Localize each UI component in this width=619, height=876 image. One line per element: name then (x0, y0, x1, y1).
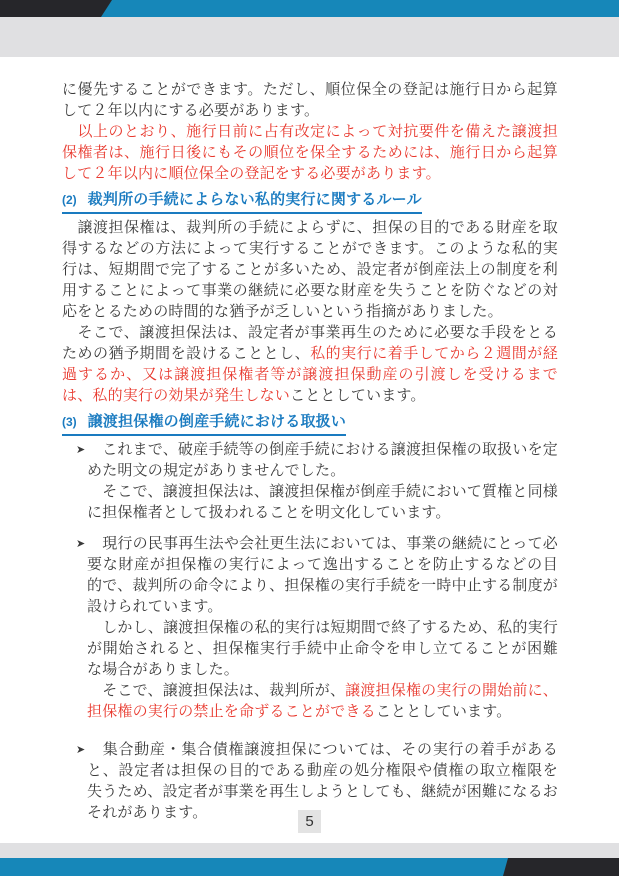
document-body: に優先することができます。ただし、順位保全の登記は施行日から起算して２年以内にす… (62, 79, 558, 823)
highlighted-text: 以上のとおり、施行日前に占有改定によって対抗要件を備えた譲渡担保権者は、施行日後… (62, 123, 558, 182)
arrow-bullet-icon: ➤ (76, 534, 85, 555)
page-number: 5 (298, 810, 321, 833)
paragraph-continuation: に優先することができます。ただし、順位保全の登記は施行日から起算して２年以内にす… (62, 79, 558, 121)
header-corner-dark (0, 0, 112, 17)
section-heading-underline: (3)譲渡担保権の倒産手続における取扱い (62, 411, 346, 436)
arrow-bullet-icon: ➤ (76, 740, 85, 761)
section-heading-3: (3)譲渡担保権の倒産手続における取扱い (62, 411, 558, 436)
paragraph-text: 譲渡担保権は、裁判所の手続によらずに、担保の目的である財産を取得するなどの方法に… (62, 219, 558, 320)
bullet-paragraph: しかし、譲渡担保権の私的実行は短期間で終了するため、私的実行が開始されると、担保… (87, 617, 558, 680)
paragraph-text: そこで、譲渡担保法は、裁判所が、 (87, 682, 345, 699)
bullet-paragraph-mixed: そこで、譲渡担保法は、裁判所が、譲渡担保権の実行の開始前に、担保権の実行の禁止を… (87, 680, 558, 722)
footer-corner-dark (503, 858, 619, 876)
paragraph-text: こととしています。 (376, 703, 512, 720)
section-number: (3) (62, 415, 77, 429)
bullet-item-2: ➤ 現行の民事再生法や会社更生法においては、事業の継続にとって必要な財産が担保権… (87, 533, 558, 722)
bullet-item-3: ➤ 集合動産・集合債権譲渡担保については、その実行の着手があると、設定者は担保の… (87, 739, 558, 823)
paragraph: 譲渡担保権は、裁判所の手続によらずに、担保の目的である財産を取得するなどの方法に… (62, 217, 558, 322)
paragraph-text: に優先することができます。ただし、順位保全の登記は施行日から起算して２年以内にす… (62, 81, 558, 119)
paragraph-text: これまで、破産手続等の倒産手続における譲渡担保権の取扱いを定めた明文の規定があり… (87, 441, 558, 479)
bullet-paragraph: 現行の民事再生法や会社更生法においては、事業の継続にとって必要な財産が担保権の実… (87, 533, 558, 617)
paragraph-text: 集合動産・集合債権譲渡担保については、その実行の着手があると、設定者は担保の目的… (87, 741, 558, 821)
paragraph-text: 現行の民事再生法や会社更生法においては、事業の継続にとって必要な財産が担保権の実… (87, 535, 558, 615)
section-number: (2) (62, 193, 77, 207)
section-heading-underline: (2)裁判所の手続によらない私的実行に関するルール (62, 189, 422, 214)
header-band-gray (0, 17, 619, 57)
bullet-paragraph: そこで、譲渡担保法は、譲渡担保権が倒産手続において質権と同様に担保権者として扱わ… (87, 481, 558, 523)
paragraph-text: こととしています。 (290, 387, 426, 404)
section-title: 裁判所の手続によらない私的実行に関するルール (88, 191, 422, 208)
paragraph-summary: 以上のとおり、施行日前に占有改定によって対抗要件を備えた譲渡担保権者は、施行日後… (62, 121, 558, 184)
bullet-paragraph: これまで、破産手続等の倒産手続における譲渡担保権の取扱いを定めた明文の規定があり… (87, 439, 558, 481)
paragraph-mixed: そこで、譲渡担保法は、設定者が事業再生のために必要な手段をとるための猶予期間を設… (62, 322, 558, 406)
bullet-item-1: ➤ これまで、破産手続等の倒産手続における譲渡担保権の取扱いを定めた明文の規定が… (87, 439, 558, 523)
document-page: に優先することができます。ただし、順位保全の登記は施行日から起算して２年以内にす… (0, 0, 619, 876)
section-title: 譲渡担保権の倒産手続における取扱い (88, 413, 346, 430)
paragraph-text: そこで、譲渡担保法は、譲渡担保権が倒産手続において質権と同様に担保権者として扱わ… (87, 483, 558, 521)
bullet-paragraph: 集合動産・集合債権譲渡担保については、その実行の着手があると、設定者は担保の目的… (87, 739, 558, 823)
footer-band-gray (0, 843, 619, 858)
arrow-bullet-icon: ➤ (76, 440, 85, 461)
section-heading-2: (2)裁判所の手続によらない私的実行に関するルール (62, 189, 558, 214)
paragraph-text: しかし、譲渡担保権の私的実行は短期間で終了するため、私的実行が開始されると、担保… (87, 619, 558, 678)
